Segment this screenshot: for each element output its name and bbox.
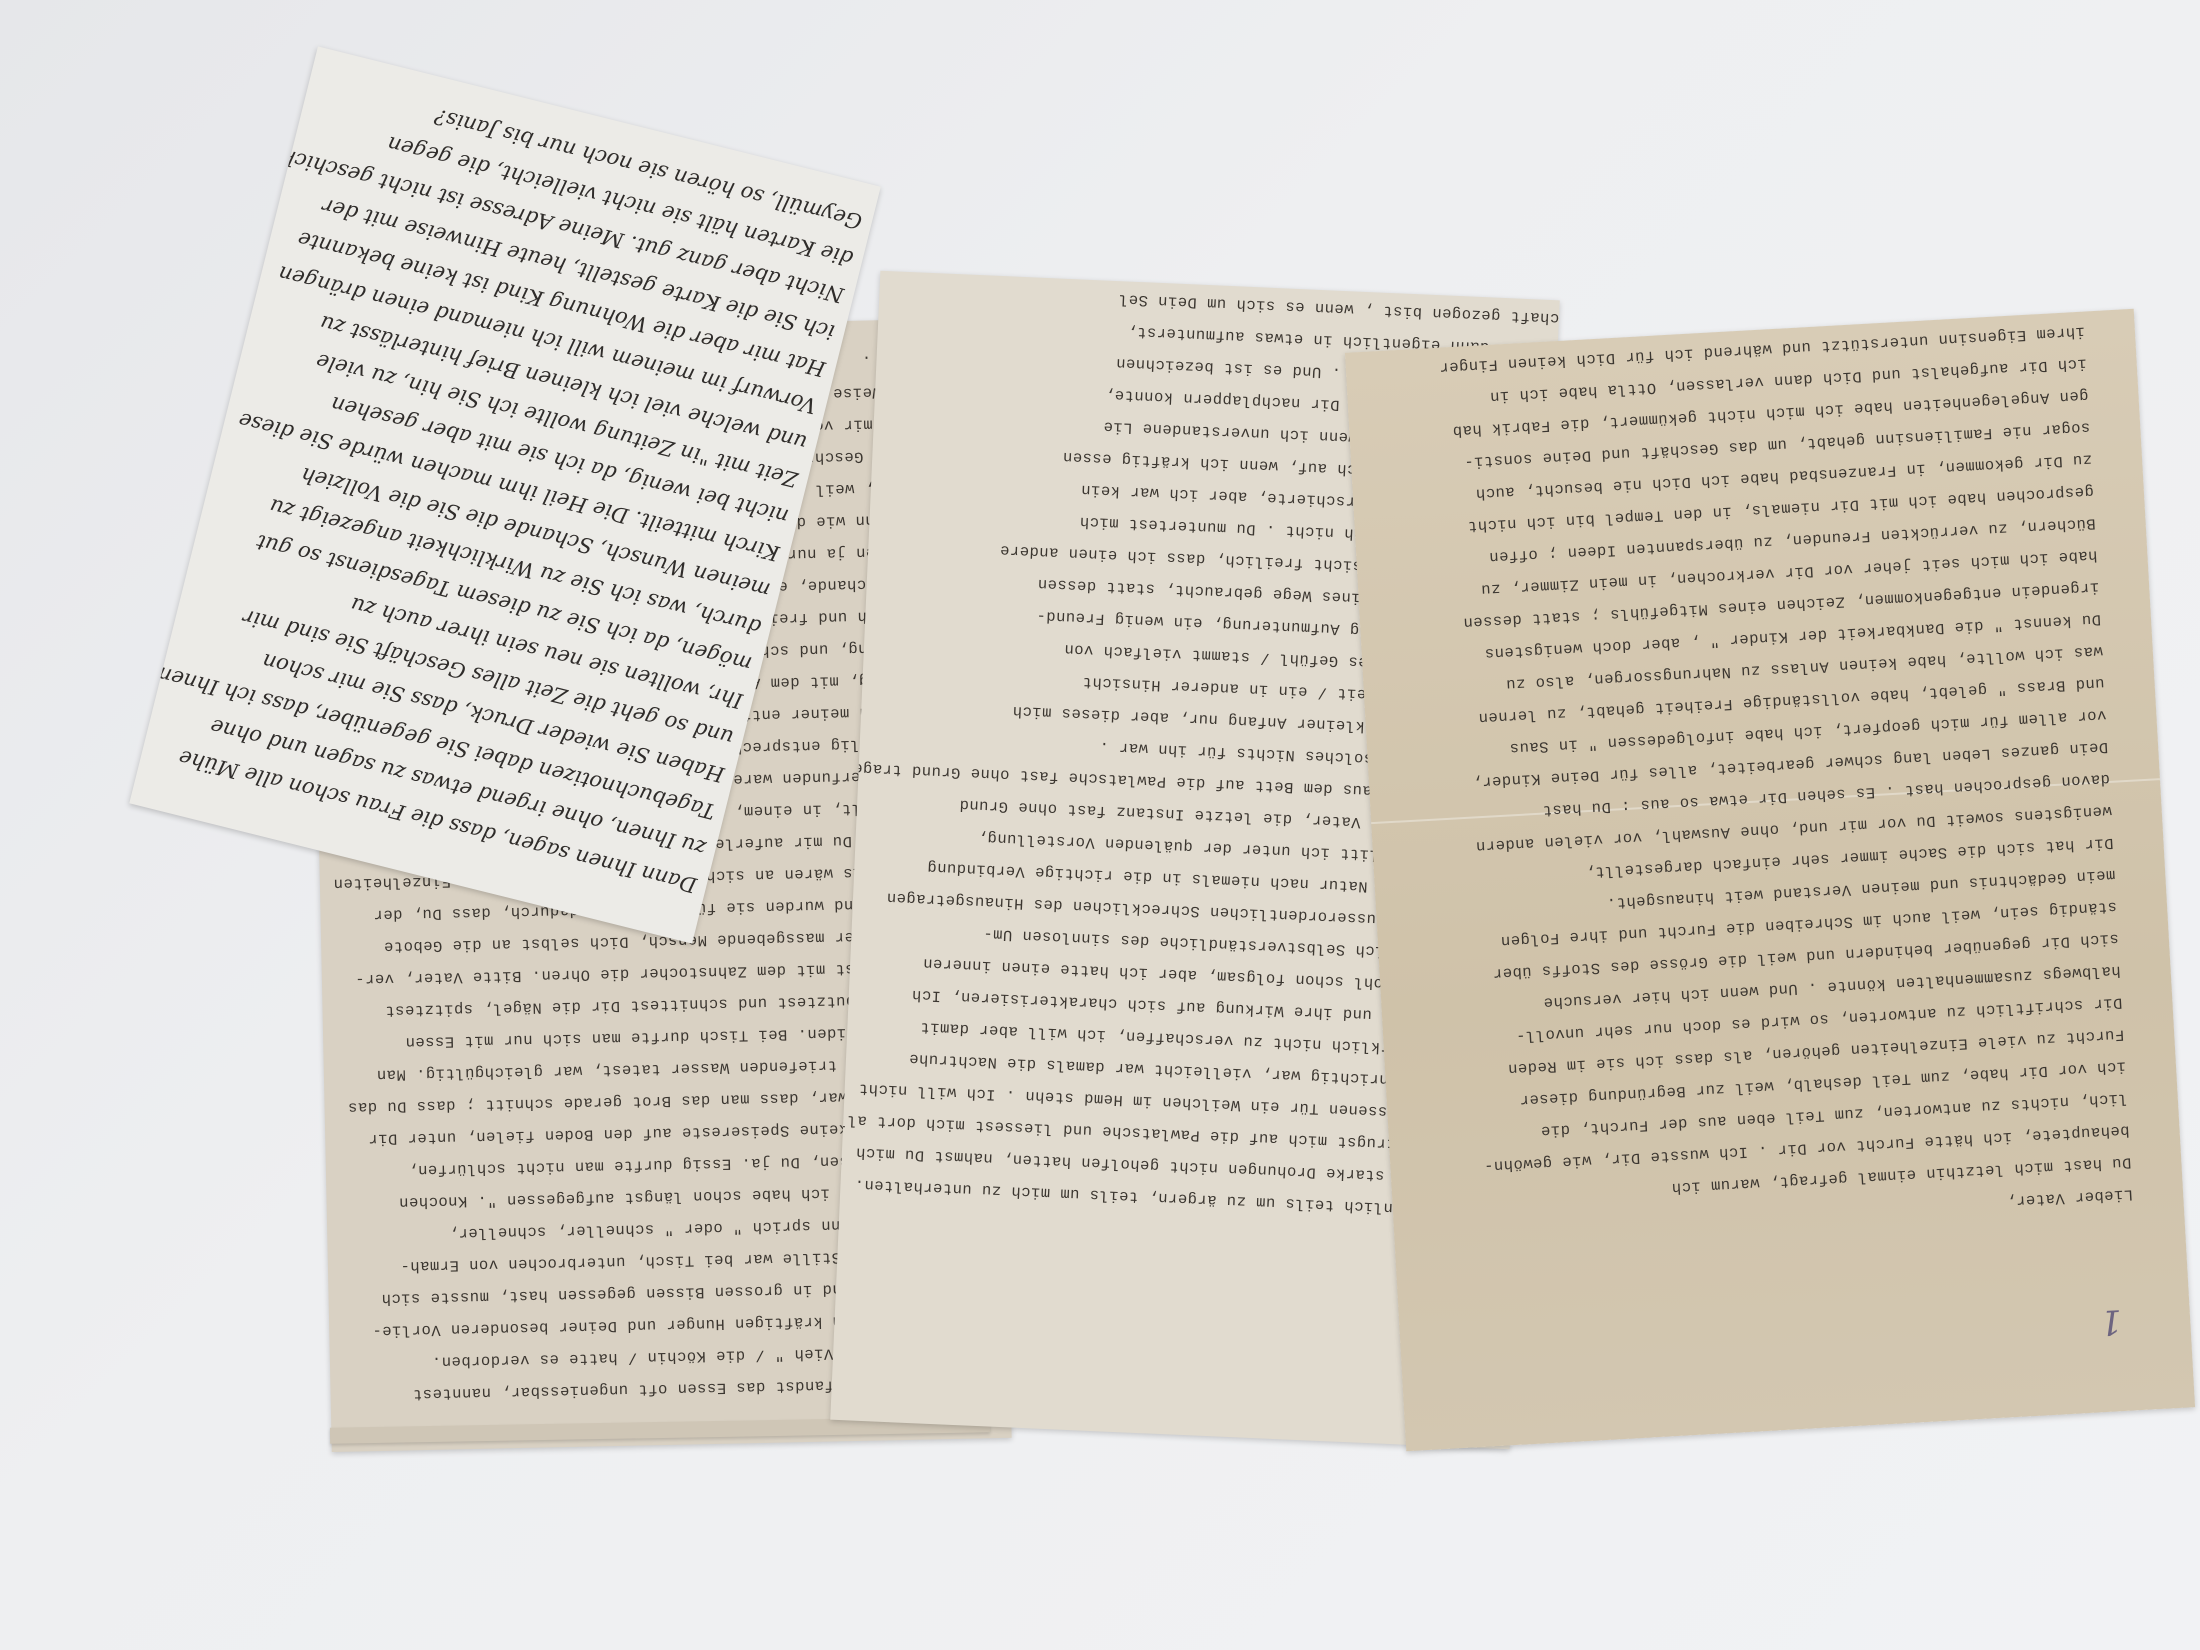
page-1-text: Lieber Vater,Du hast mich letzthin einma… <box>1345 309 2134 1261</box>
page-number-1: 1 <box>2099 1301 2123 1342</box>
typed-page-1: Lieber Vater,Du hast mich letzthin einma… <box>1345 309 2195 1451</box>
